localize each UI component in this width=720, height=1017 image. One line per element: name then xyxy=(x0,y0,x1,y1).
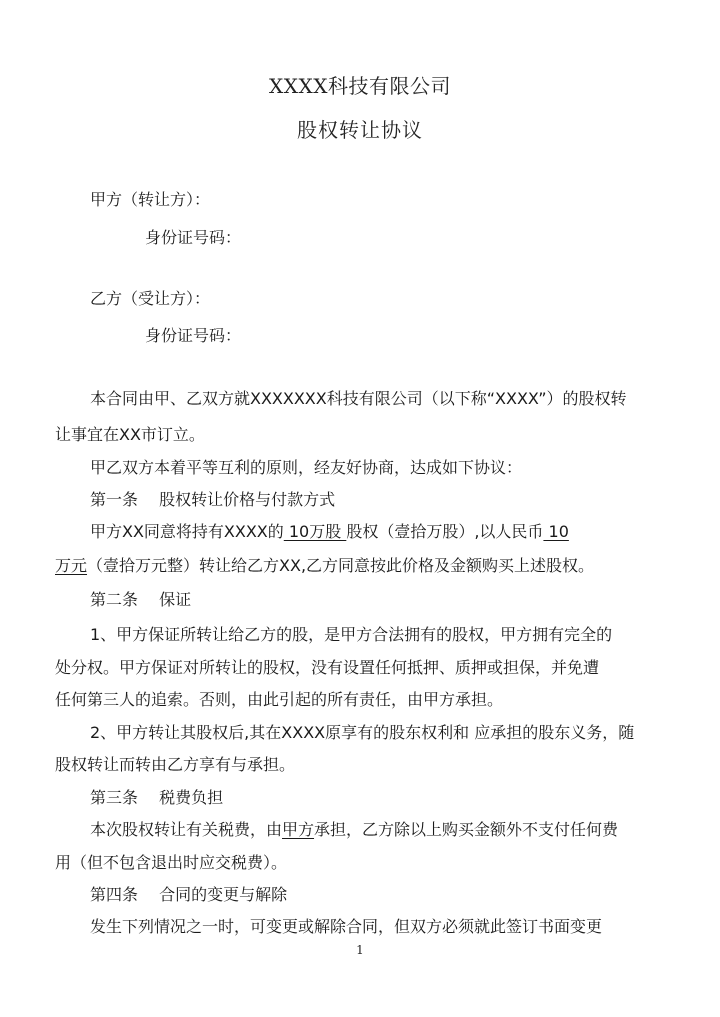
article-2-item-1-line-3: 任何第三人的追索。否则，由此引起的所有责任，由甲方承担。 xyxy=(55,690,503,710)
article-4-paragraph-line-1: 发生下列情况之一时，可变更或解除合同，但双方必须就此签订书面变更 xyxy=(90,917,602,937)
tax-bearing-party: 甲方 xyxy=(282,820,314,839)
article-3-paragraph-line-1: 本次股权转让有关税费，由甲方承担，乙方除以上购买金额外不支付任何费 xyxy=(90,820,618,840)
article-4-heading: 第四条 合同的变更与解除 xyxy=(90,885,287,905)
party-b-id-label: 身份证号码： xyxy=(145,326,241,346)
company-title: XXXX科技有限公司 xyxy=(0,70,720,99)
article-3-text-b: 承担，乙方除以上购买金额外不支付任何费 xyxy=(314,820,618,839)
article-2-item-1-line-2: 处分权。甲方保证对所转让的股权，没有设置任何抵押、质押或担保，并免遭 xyxy=(55,658,599,678)
intro-line-3: 甲乙双方本着平等互利的原则，经友好协商，达成如下协议： xyxy=(90,458,522,478)
article-2-item-2-line-1: 2、甲方转让其股权后,其在XXXX原享有的股东权利和 应承担的股东义务，随 xyxy=(90,723,634,743)
article-3-heading: 第三条 税费负担 xyxy=(90,788,223,808)
intro-line-1: 本合同由甲、乙双方就XXXXXXX科技有限公司（以下称“XXXX”）的股权转 xyxy=(90,389,627,409)
document-page: XXXX科技有限公司 股权转让协议 甲方（转让方）： 身份证号码： 乙方（受让方… xyxy=(0,0,720,1017)
article-1-heading: 第一条 股权转让价格与付款方式 xyxy=(90,490,335,510)
article-1-text-c: （壹拾万元整）转让给乙方XX,乙方同意按此价格及金额购买上述股权。 xyxy=(87,556,594,575)
share-count: 10万股 xyxy=(284,522,347,541)
article-3-paragraph-line-2: 用（但不包含退出时应交税费）。 xyxy=(55,853,287,873)
price-amount-part-2: 万元 xyxy=(55,556,87,575)
article-1-text-b: 股权（壹拾万股）,以人民币 xyxy=(346,522,543,541)
party-a-id-label: 身份证号码： xyxy=(145,228,241,248)
article-2-item-2-line-2: 股权转让而转由乙方享有与承担。 xyxy=(55,755,295,775)
intro-line-2: 让事宜在XX市订立。 xyxy=(55,425,205,445)
article-1-paragraph-line-2: 万元（壹拾万元整）转让给乙方XX,乙方同意按此价格及金额购买上述股权。 xyxy=(55,556,594,576)
party-b-label: 乙方（受让方）： xyxy=(90,289,210,309)
party-a-label: 甲方（转让方）： xyxy=(90,190,210,210)
page-number: 1 xyxy=(0,943,720,957)
article-1-paragraph-line-1: 甲方XX同意将持有XXXX的 10万股 股权（壹拾万股）,以人民币 10 xyxy=(90,522,569,542)
price-amount-part-1: 10 xyxy=(543,522,568,541)
article-2-heading: 第二条 保证 xyxy=(90,590,191,610)
article-3-text-a: 本次股权转让有关税费，由 xyxy=(90,820,282,839)
article-1-text-a: 甲方XX同意将持有XXXX的 xyxy=(90,522,284,541)
document-title: 股权转让协议 xyxy=(0,114,720,143)
article-2-item-1-line-1: 1、甲方保证所转让给乙方的股，是甲方合法拥有的股权，甲方拥有完全的 xyxy=(90,625,612,645)
